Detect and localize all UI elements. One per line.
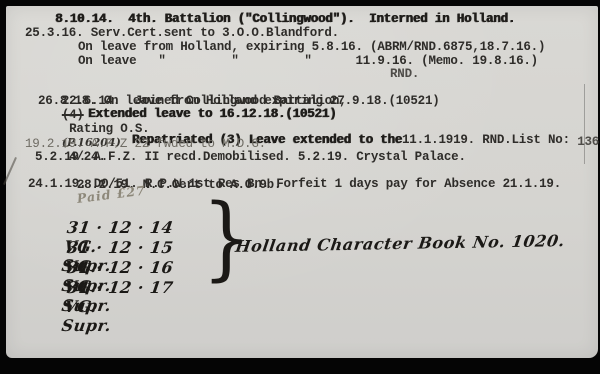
entry-rnd-note: RND.	[390, 67, 419, 81]
struck-rating: (4)	[62, 108, 84, 122]
entry-afz-fwded: 19.2.19. A.F.Z 22 fwded to M.D.G.	[25, 137, 266, 151]
entry-on-leave-1: On leave from Holland, expiring 5.8.16. …	[78, 40, 545, 54]
entry-serv-cert: 25.3.16. Serv.Cert.sent to 3.O.O.Blandfo…	[25, 26, 339, 40]
rnd-list-number: 1367	[577, 135, 600, 149]
checkmark-stroke	[3, 157, 17, 185]
entry-on-leave-3: 26.8.18. On leave from Holland expiring …	[38, 94, 440, 108]
index-card: 8.10.14. 4th. Battalion ("Collingwood").…	[6, 6, 598, 358]
entry-demobilised: 5.2.19. A.F.Z. II recd.Demobilised. 5.2.…	[35, 150, 466, 164]
character-book-note: Holland Character Book No. 1020.	[234, 231, 566, 256]
character-grade: VG.	[63, 297, 120, 316]
entry-on-leave-2: On leave " " " 11.9.16. (Memo. 19.8.16.)	[78, 54, 538, 68]
repatriated-date: 11.1.1919. RND.List No:	[402, 133, 577, 147]
character-note-col: Supr.	[60, 316, 112, 335]
photographed-record-card: 8.10.14. 4th. Battalion ("Collingwood").…	[0, 0, 600, 374]
character-date: 31 · 12 · 17	[66, 278, 165, 297]
entry-interned-holland: 8.10.14. 4th. Battalion ("Collingwood").…	[55, 12, 515, 26]
entry-forfeit-pay: 24.1.19. DO/51. R.P.W.1st Res Bn. Forfei…	[28, 177, 561, 191]
card-crease	[584, 84, 585, 164]
character-row: 31 · 12 · 17 VG. Supr.	[21, 259, 167, 354]
